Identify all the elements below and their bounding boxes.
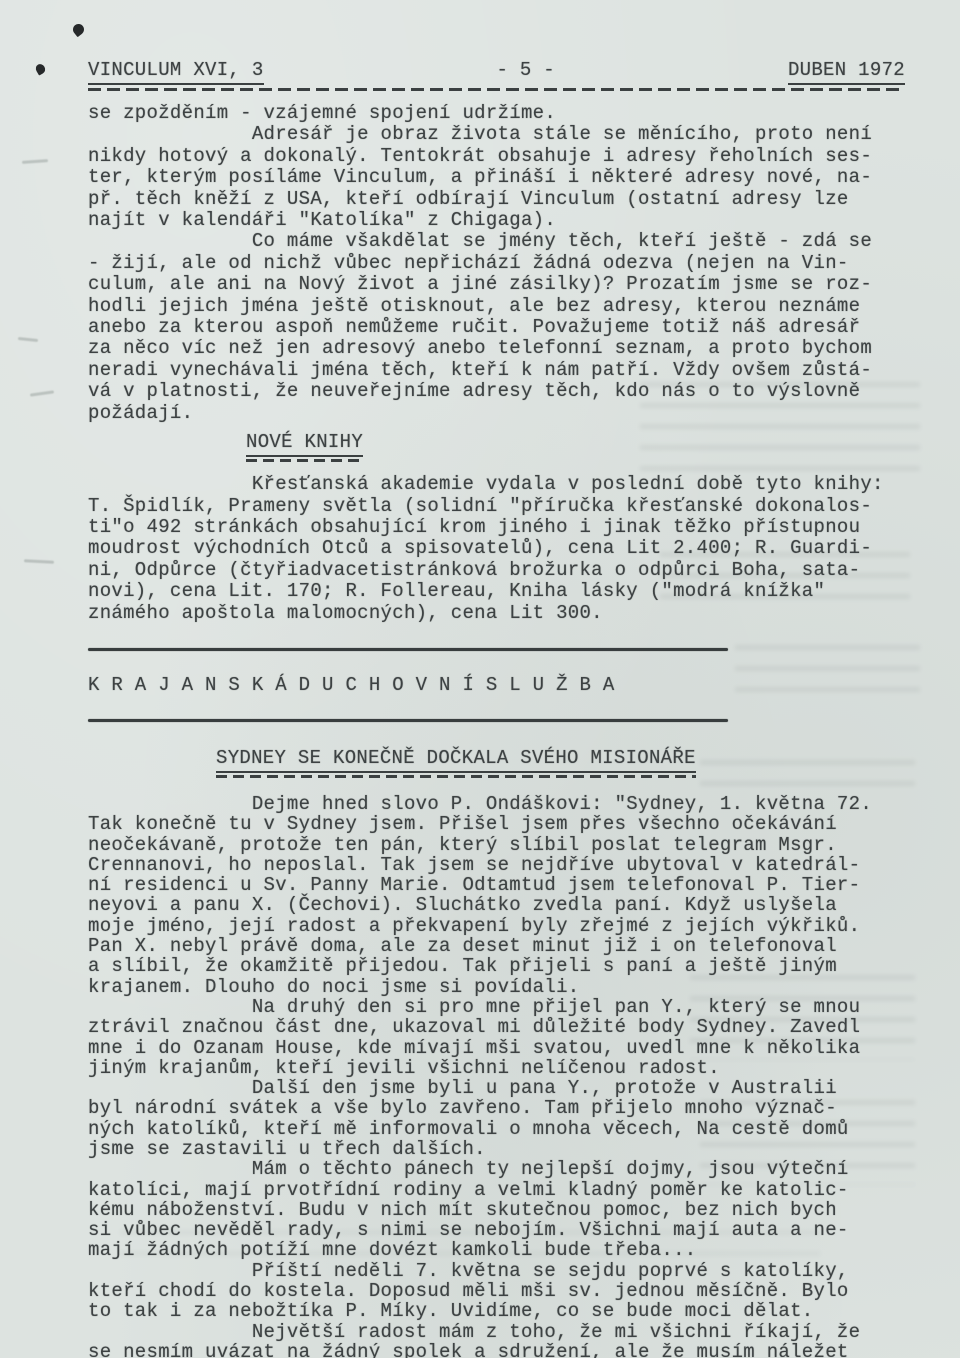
section-rule-bottom bbox=[88, 719, 728, 722]
section-rule-top bbox=[88, 648, 728, 651]
intro-paragraphs: se zpožděním - vzájemné spojení udržíme.… bbox=[88, 103, 905, 424]
journal-title: VINCULUM XVI, 3 bbox=[88, 58, 264, 85]
letter-paragraphs: Dejme hned slovo P. Ondáškovi: "Sydney, … bbox=[88, 794, 905, 1358]
masthead: VINCULUM XVI, 3 - 5 - DUBEN 1972 bbox=[88, 58, 905, 91]
scanned-document-page: VINCULUM XVI, 3 - 5 - DUBEN 1972 se zpož… bbox=[0, 0, 960, 1358]
new-books-paragraph: Křesťanská akademie vydala v poslední do… bbox=[88, 474, 905, 624]
header-dashed-rule bbox=[88, 88, 905, 91]
masthead-row: VINCULUM XVI, 3 - 5 - DUBEN 1972 bbox=[88, 58, 905, 85]
margin-smudge bbox=[18, 337, 38, 342]
article-title-text: SYDNEY SE KONEČNĚ DOČKALA SVÉHO MISIONÁŘ… bbox=[216, 746, 696, 773]
margin-smudge bbox=[30, 390, 54, 396]
page-number: - 5 - bbox=[496, 58, 555, 82]
margin-smudge bbox=[24, 559, 54, 564]
issue-date: DUBEN 1972 bbox=[788, 58, 905, 85]
margin-smudge bbox=[22, 159, 48, 164]
article-title: SYDNEY SE KONEČNĚ DOČKALA SVÉHO MISIONÁŘ… bbox=[216, 746, 696, 778]
new-books-heading-text: NOVÉ KNIHY bbox=[246, 430, 363, 457]
ink-spot-icon bbox=[34, 62, 47, 75]
heading-dash-underline bbox=[246, 459, 363, 462]
ink-spot-icon bbox=[71, 22, 86, 37]
section-title: K R A J A N S K Á D U C H O V N Í S L U … bbox=[88, 673, 905, 697]
title-dash-underline bbox=[216, 775, 696, 778]
new-books-heading: NOVÉ KNIHY bbox=[246, 430, 363, 462]
